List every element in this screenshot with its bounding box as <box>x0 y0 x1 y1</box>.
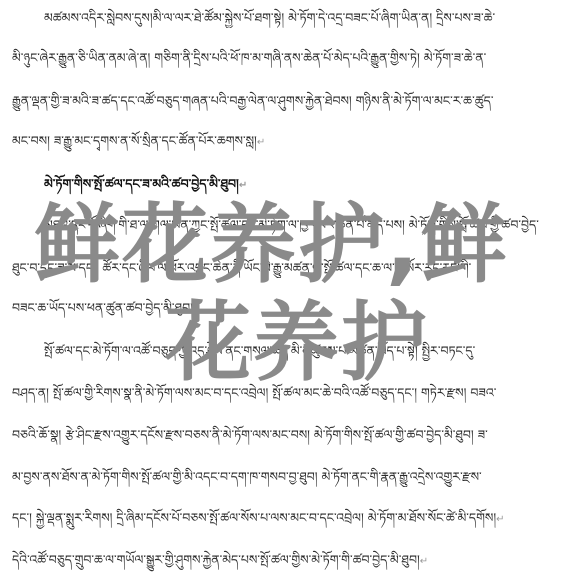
text-line: མང་བས། ཟ་རྒྱུ་མང་དྭགས་ན་སོ་སྲིན་དང་ཚོན་པ… <box>12 131 573 153</box>
paragraph-mark-icon: ↵ <box>420 556 428 567</box>
line-text: མཐའ་དང་པོ་ཞིག་གི་ཐ་ལ་གལ་ཡིན་ཀྱང་སྤོ་ཚལ་ད… <box>44 217 539 232</box>
text-line: མི་ཉུང་ཞེར་རྒྱུན་ཅི་ཡིན་ནམ་ཞེ་ན། གཅིག་ནི… <box>12 48 573 68</box>
paragraph-mark-icon: ↵ <box>193 304 201 315</box>
paragraph-mark-icon: ↵ <box>257 137 265 148</box>
text-line: ཐུང་བ་དང་ཟ་མ་དང་། ཚོར་དང་ཞིབ་ལ་ཕོར་འབྱུང… <box>12 258 573 278</box>
text-line: སྤོ་ཚལ་དང་མེ་ཏོག་ལ་འཚོ་བཅུད་ཀྱི་འདུ་ཤེས་… <box>44 341 573 361</box>
text-line: བཅའི་ཆོ་སྣ། རྩེ་ཤིང་རྫས་འགྱུར་དངོས་རྫས་བ… <box>12 425 573 445</box>
heading-text: མེ་ཏོག་གིས་སྤོ་ཚལ་དང་ཟ་མའི་ཚབ་བྱེད་མི་ཐུ… <box>44 176 239 191</box>
line-text: སྤོ་ཚལ་དང་མེ་ཏོག་ལ་འཚོ་བཅུད་ཀྱི་འདུ་ཤེས་… <box>44 343 475 358</box>
line-text: རྒྱུན་ལྡན་གྱི་ཟ་མའི་ཟ་ཚད་དང་འཚོ་བཅུད་གཞན… <box>12 93 493 108</box>
line-text: མི་ཉུང་ཞེར་རྒྱུན་ཅི་ཡིན་ནམ་ཞེ་ན། གཅིག་ནི… <box>12 50 486 65</box>
text-line: མཚམས་འདིར་སླེབས་དུས།མི་ལ་ལར་ཐེ་ཚོམ་སྐྱེས… <box>44 8 573 28</box>
line-text: བཟང་ཆ་ཡོད་པས་ཕན་ཚུན་ཚབ་བྱེད་མི་ཐུབ། <box>12 300 193 315</box>
line-text: མཚམས་འདིར་སླེབས་དུས།མི་ལ་ལར་ཐེ་ཚོམ་སྐྱེས… <box>44 10 495 25</box>
section-heading: མེ་ཏོག་གིས་སྤོ་ཚལ་དང་ཟ་མའི་ཚབ་བྱེད་མི་ཐུ… <box>44 174 573 196</box>
line-text: མ་བྱས་ནས་ཐོས་ན་མེ་ཏོག་གིས་སྤོ་ཚལ་གྱི་མི་… <box>12 469 482 484</box>
paragraph-mark-icon: ↵ <box>496 514 504 525</box>
line-text: དེའི་འཚོ་བཅུད་གྲུབ་ཆ་ལ་གཡོལ་སྒྱུར་གྱི་ཤུ… <box>12 552 420 567</box>
line-text: དང་། སྐྱེ་ལྡན་སྨུར་རིགས། དྲི་ཞིམ་དངོས་པོ… <box>12 510 496 525</box>
document-page: མཚམས་འདིར་སླེབས་དུས།མི་ལ་ལར་ཐེ་ཚོམ་སྐྱེས… <box>0 0 583 583</box>
line-text: ཐུང་བ་དང་ཟ་མ་དང་། ཚོར་དང་ཞིབ་ལ་ཕོར་འབྱུང… <box>12 260 471 275</box>
text-line: མཐའ་དང་པོ་ཞིག་གི་ཐ་ལ་གལ་ཡིན་ཀྱང་སྤོ་ཚལ་ད… <box>44 215 573 235</box>
text-line: བཤད་ན། སྤོ་ཚལ་གྱི་རིགས་སྣ་ནི་མེ་ཏོག་ལས་མ… <box>12 383 573 403</box>
text-line: རྒྱུན་ལྡན་གྱི་ཟ་མའི་ཟ་ཚད་དང་འཚོ་བཅུད་གཞན… <box>12 91 573 111</box>
text-line: བཟང་ཆ་ཡོད་པས་ཕན་ཚུན་ཚབ་བྱེད་མི་ཐུབ།↵ <box>12 298 573 320</box>
line-text: མང་བས། ཟ་རྒྱུ་མང་དྭགས་ན་སོ་སྲིན་དང་ཚོན་པ… <box>12 133 257 148</box>
text-line: དང་། སྐྱེ་ལྡན་སྨུར་རིགས། དྲི་ཞིམ་དངོས་པོ… <box>12 508 573 530</box>
line-text: བཤད་ན། སྤོ་ཚལ་གྱི་རིགས་སྣ་ནི་མེ་ཏོག་ལས་མ… <box>12 385 496 400</box>
text-line: མ་བྱས་ནས་ཐོས་ན་མེ་ཏོག་གིས་སྤོ་ཚལ་གྱི་མི་… <box>12 467 573 487</box>
paragraph-mark-icon: ↵ <box>239 180 247 191</box>
text-line: དེའི་འཚོ་བཅུད་གྲུབ་ཆ་ལ་གཡོལ་སྒྱུར་གྱི་ཤུ… <box>12 550 573 572</box>
line-text: བཅའི་ཆོ་སྣ། རྩེ་ཤིང་རྫས་འགྱུར་དངོས་རྫས་བ… <box>12 427 488 442</box>
